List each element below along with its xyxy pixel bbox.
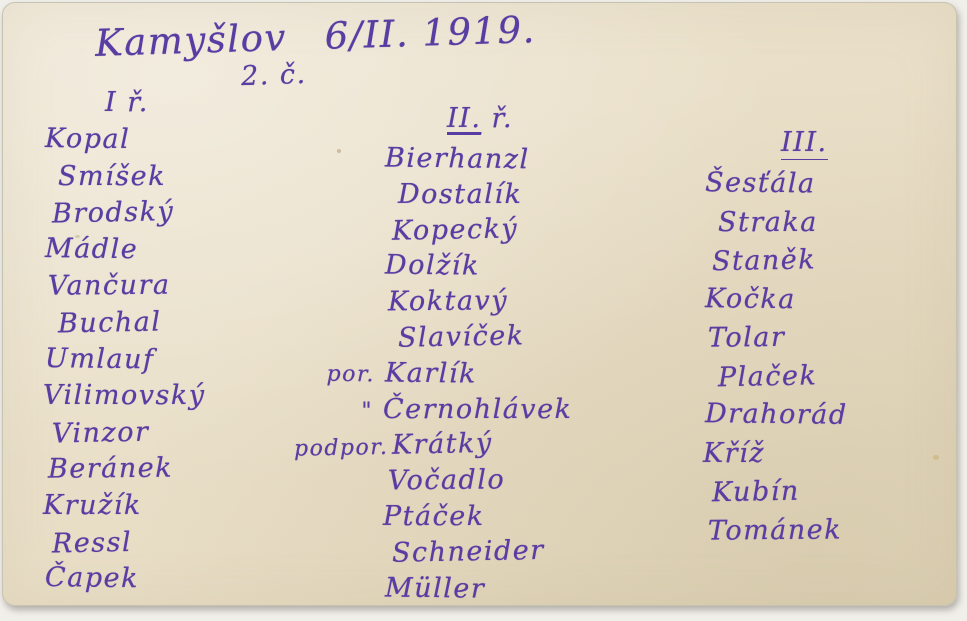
- column-row-2: II. ř. Bierhanzl Dostalík Kopecký Dolžík…: [285, 103, 572, 608]
- soldier-name: Bierhanzl: [385, 142, 530, 175]
- soldier-name: Smíšek: [58, 161, 166, 192]
- name-entry: Schneider: [294, 534, 573, 575]
- name-entry: Ptáček: [285, 501, 572, 537]
- soldier-name: Tolar: [708, 322, 786, 354]
- soldier-name: Beránek: [48, 453, 173, 485]
- name-entry: Mádle: [45, 233, 206, 272]
- name-entry: por.Karlík: [287, 356, 573, 395]
- soldier-name: Müller: [385, 572, 486, 604]
- name-entry: Vilimovský: [43, 380, 206, 417]
- name-entry: Vinzor: [52, 415, 206, 455]
- postcard-back: Kamyšlov6/II. 1919. 2. č. I ř. Kopal Smí…: [2, 2, 957, 606]
- name-entry: podpor.Krátký: [294, 427, 573, 468]
- column-1-numeral: I: [105, 87, 117, 118]
- name-entry: Dolžík: [287, 249, 573, 288]
- name-entry: Kočka: [705, 283, 848, 323]
- name-entry: Smíšek: [58, 161, 206, 198]
- name-entry: Straka: [718, 207, 848, 246]
- soldier-name: Krátký: [392, 428, 493, 461]
- soldier-name: Staněk: [712, 244, 817, 277]
- soldier-name: Karlík: [385, 357, 477, 389]
- rank-prefix: [287, 595, 385, 596]
- column-3-names: Šesťála Straka Staněk Kočka Tolar Plaček…: [703, 168, 848, 553]
- soldier-name: Plaček: [718, 360, 818, 393]
- soldier-name: Ressl: [52, 526, 133, 559]
- rank-prefix: por.: [287, 361, 385, 387]
- paper-speck: [933, 455, 939, 460]
- name-entry: Tolar: [708, 321, 848, 361]
- name-entry: Umlauf: [45, 343, 206, 382]
- soldier-name: Kopal: [45, 123, 131, 155]
- rank-prefix: [300, 347, 398, 349]
- name-entry: Drahorád: [705, 398, 848, 438]
- name-entry: "Černohlávek: [285, 394, 572, 430]
- soldier-name: Vilimovský: [43, 380, 206, 411]
- name-entry: Plaček: [718, 359, 848, 400]
- soldier-name: Tománek: [708, 514, 842, 546]
- rank-prefix: [287, 273, 385, 274]
- name-entry: Šesťála: [705, 167, 848, 207]
- name-entry: Brodský: [52, 196, 206, 236]
- name-entry: Dostalík: [300, 179, 572, 215]
- name-entry: Tománek: [708, 514, 848, 554]
- column-1-header: I ř.: [105, 87, 206, 118]
- name-entry: Buchal: [58, 306, 206, 345]
- soldier-name: Vočadlo: [388, 465, 505, 497]
- soldier-name: Slavíček: [398, 320, 525, 353]
- soldier-name: Čapek: [45, 562, 139, 594]
- name-entry: Kopecký: [294, 212, 573, 253]
- soldier-name: Koktavý: [388, 286, 508, 318]
- soldier-name: Vinzor: [52, 416, 150, 449]
- soldier-name: Umlauf: [45, 343, 155, 375]
- rank-prefix: ": [285, 399, 383, 424]
- column-row-3: III. Šesťála Straka Staněk Kočka Tolar P…: [703, 127, 848, 553]
- column-2-header: II. ř.: [447, 103, 572, 134]
- column-2-suffix: ř.: [492, 103, 514, 134]
- name-entry: Beránek: [48, 453, 206, 491]
- date-text: 6/II. 1919.: [324, 8, 536, 58]
- rank-prefix: podpor.: [294, 435, 392, 462]
- name-entry: Kříž: [703, 438, 848, 477]
- company-text: 2. č.: [240, 59, 307, 92]
- name-entry: Kopal: [45, 123, 206, 162]
- name-entry: Vančura: [48, 270, 206, 308]
- header-line: Kamyšlov6/II. 1919.: [94, 8, 536, 65]
- soldier-name: Mádle: [45, 233, 139, 265]
- rank-prefix: [294, 562, 392, 564]
- soldier-name: Kříž: [703, 438, 765, 469]
- rank-prefix: [290, 490, 388, 491]
- rank-prefix: [287, 165, 385, 166]
- name-entry: Ressl: [52, 525, 206, 565]
- column-row-1: I ř. Kopal Smíšek Brodský Mádle Vančura …: [43, 87, 206, 600]
- soldier-name: Ptáček: [383, 501, 485, 532]
- soldier-name: Šesťála: [705, 167, 816, 199]
- column-3-header: III.: [781, 127, 848, 158]
- location-text: Kamyšlov: [94, 16, 287, 65]
- column-2-names: Bierhanzl Dostalík Kopecký Dolžík Koktav…: [285, 143, 572, 608]
- soldier-name: Kubín: [712, 476, 800, 509]
- soldier-name: Dostalík: [398, 179, 522, 210]
- name-entry: Koktavý: [290, 285, 573, 323]
- name-entry: Kubín: [712, 475, 848, 516]
- name-entry: Vočadlo: [290, 464, 573, 502]
- column-2-numeral: II.: [447, 103, 481, 135]
- column-3-numeral: III.: [781, 127, 828, 160]
- name-entry: Müller: [287, 571, 573, 610]
- soldier-name: Kopecký: [392, 213, 519, 246]
- soldier-name: Buchal: [58, 306, 162, 339]
- name-entry: Slavíček: [300, 319, 573, 360]
- name-entry: Staněk: [712, 244, 848, 285]
- name-entry: Bierhanzl: [287, 141, 573, 180]
- rank-prefix: [294, 239, 392, 241]
- name-entry: Kružík: [43, 490, 206, 527]
- soldier-name: Dolžík: [385, 250, 480, 282]
- soldier-name: Kočka: [705, 283, 796, 315]
- column-1-suffix: ř.: [127, 87, 149, 118]
- soldier-name: Drahorád: [705, 398, 848, 431]
- soldier-name: Vančura: [48, 270, 171, 302]
- column-1-names: Kopal Smíšek Brodský Mádle Vančura Bucha…: [43, 124, 206, 600]
- soldier-name: Černohlávek: [383, 394, 572, 425]
- soldier-name: Brodský: [52, 196, 175, 229]
- soldier-name: Straka: [718, 207, 818, 238]
- rank-prefix: [290, 311, 388, 312]
- soldier-name: Schneider: [392, 535, 545, 569]
- soldier-name: Kružík: [43, 490, 142, 521]
- name-entry: Čapek: [45, 562, 206, 601]
